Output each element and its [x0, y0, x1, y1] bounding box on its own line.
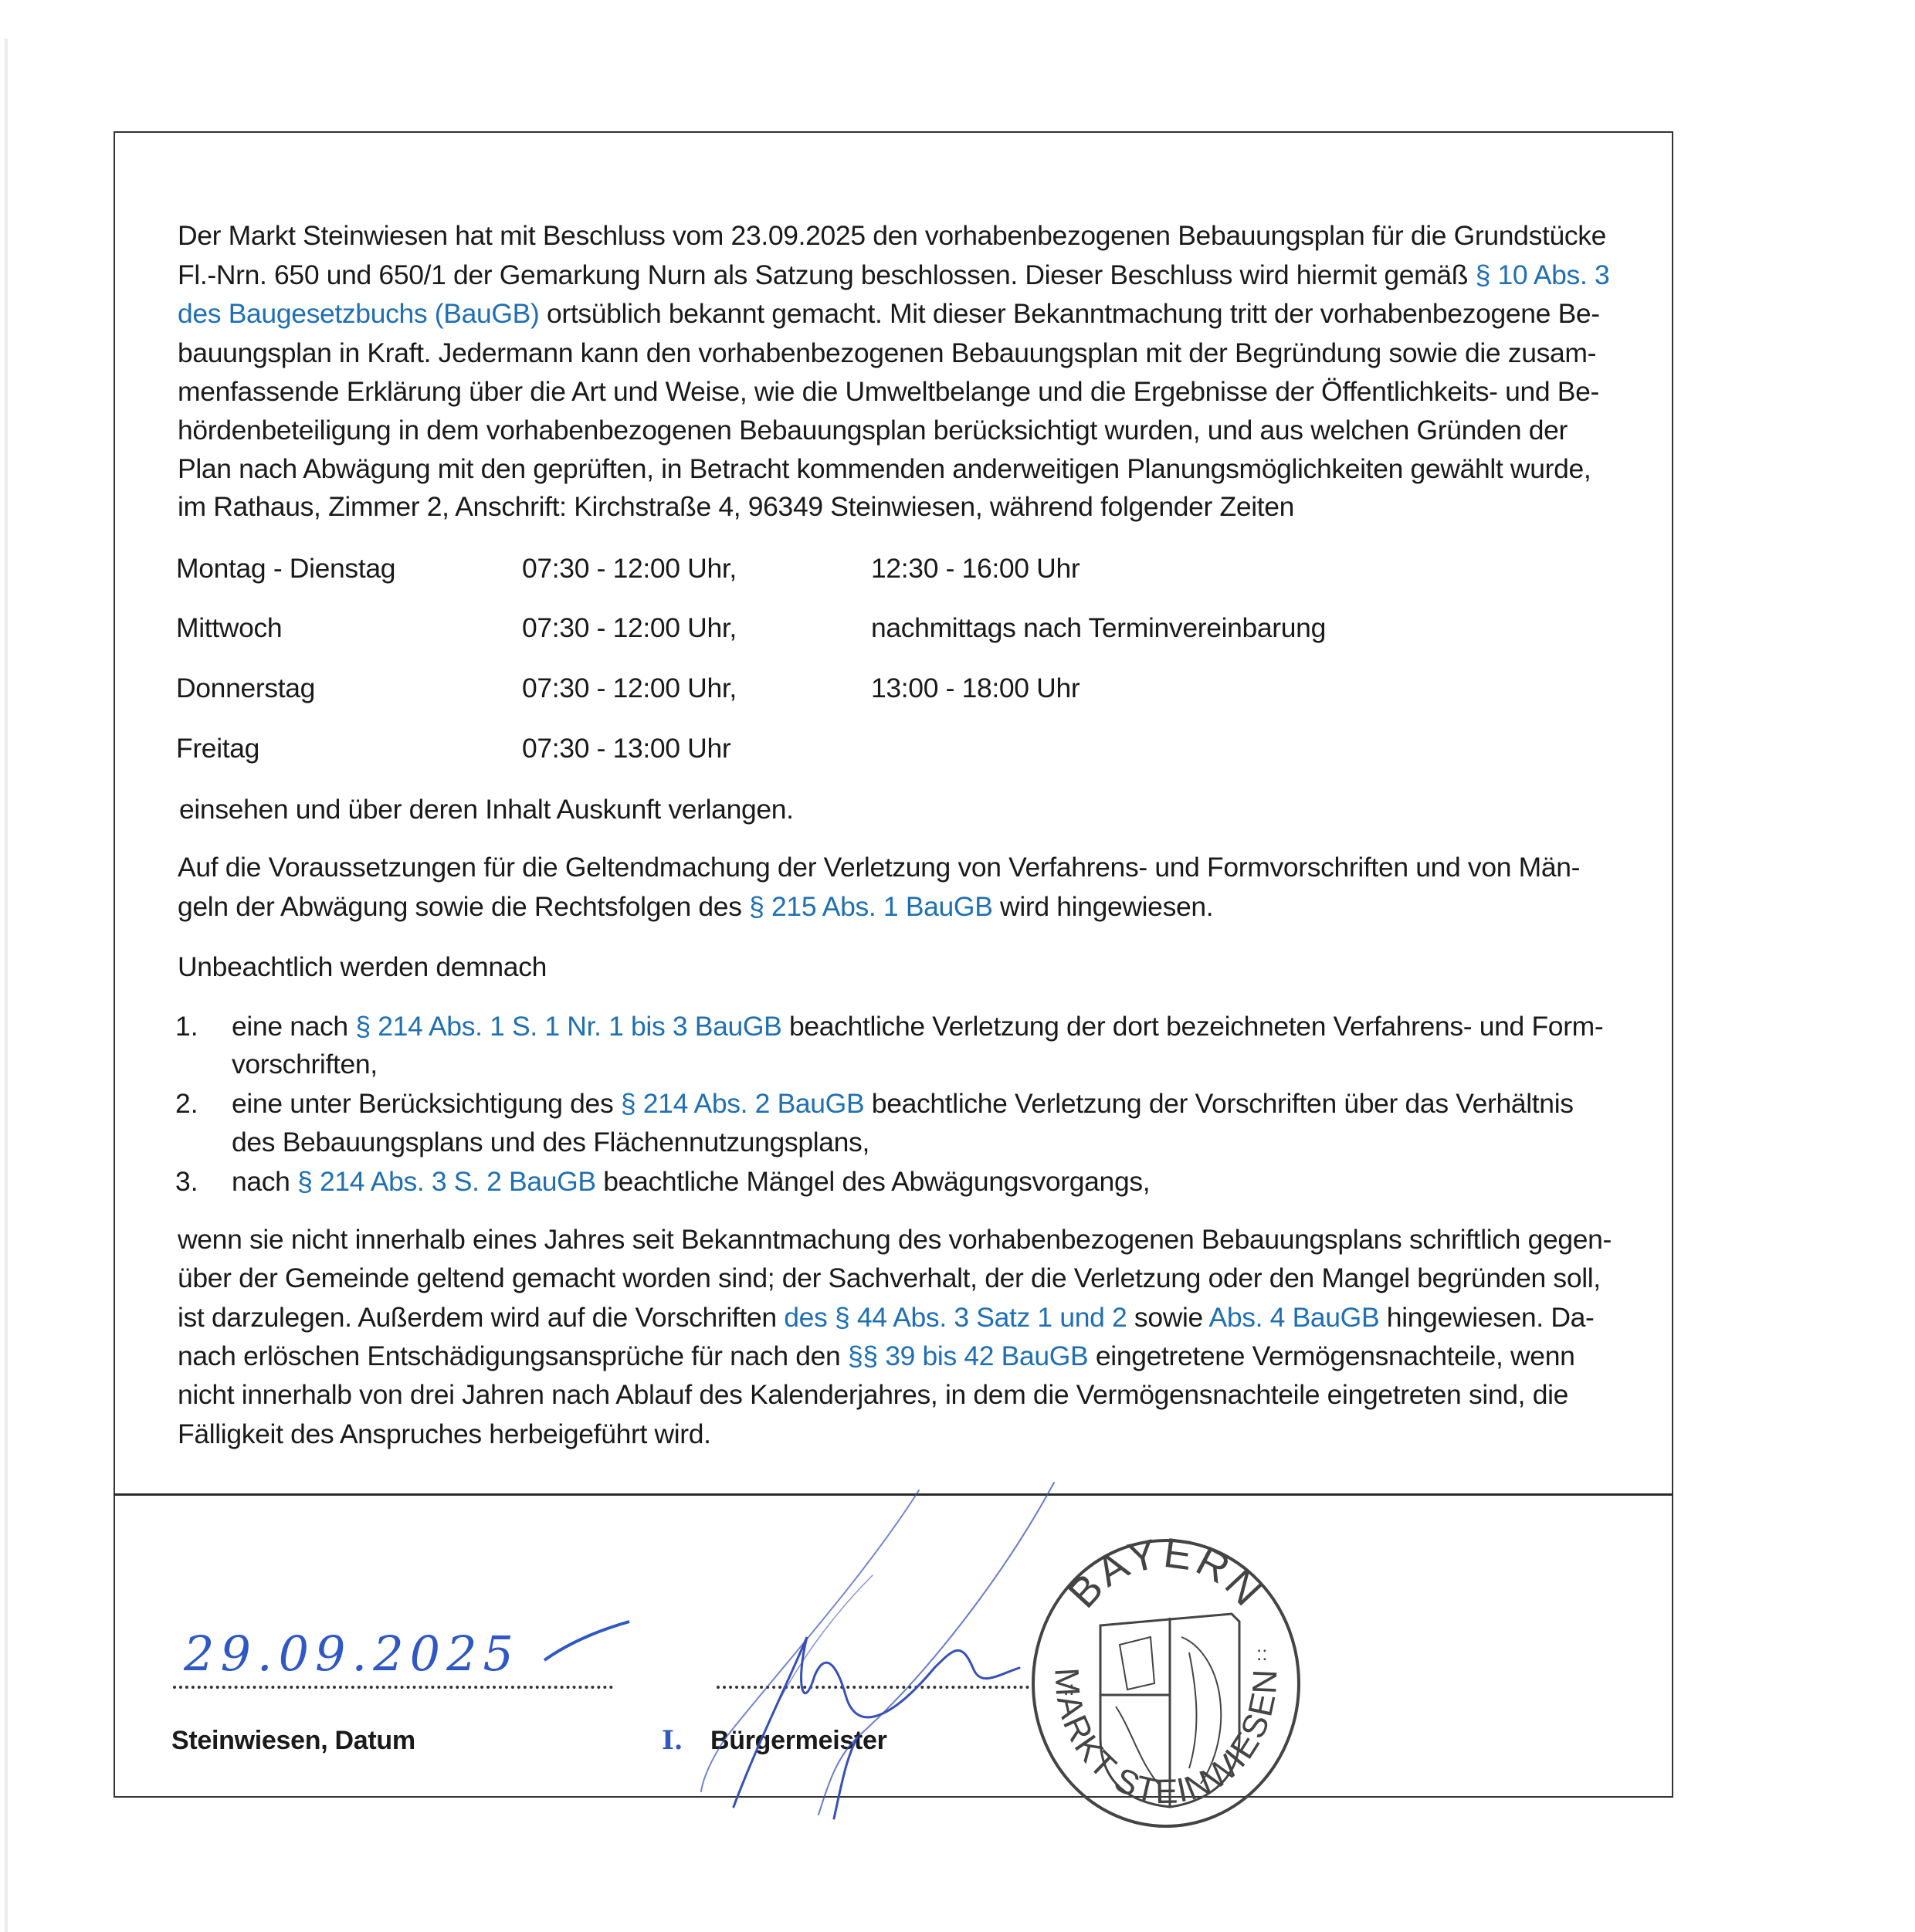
hours-morning: 07:30 - 12:00 Uhr, — [522, 673, 737, 703]
closing-line: Fälligkeit des Anspruches herbeigeführt … — [178, 1418, 711, 1449]
text-run: hördenbeteiligung in dem vorhabenbezogen… — [178, 415, 1568, 446]
law-reference-link[interactable]: § 10 Abs. 3 — [1476, 259, 1610, 290]
text-run: eingetretene Vermögensnachteile, wenn — [1088, 1341, 1574, 1371]
text-run: wenn sie nicht innerhalb eines Jahres se… — [178, 1224, 1612, 1255]
text-run: nach erlöschen Entschädigungsansprüche f… — [178, 1341, 848, 1371]
text-run: im Rathaus, Zimmer 2, Anschrift: Kirchst… — [178, 491, 1294, 522]
text-run: Auf die Voraussetzungen für die Geltendm… — [178, 852, 1580, 883]
hours-afternoon: 13:00 - 18:00 Uhr — [871, 673, 1080, 703]
text-run: ist darzulegen. Außerdem wird auf die Vo… — [178, 1302, 784, 1333]
text-run: hingewiesen. Da- — [1379, 1302, 1594, 1333]
notice-line: Auf die Voraussetzungen für die Geltendm… — [178, 852, 1580, 883]
hours-morning: 07:30 - 12:00 Uhr, — [522, 553, 737, 584]
text-run: beachtliche Verletzung der Vorschriften … — [864, 1088, 1573, 1119]
law-reference-link[interactable]: des Baugesetzbuchs (BauGB) — [178, 298, 539, 329]
date-flourish — [541, 1618, 633, 1664]
text-run: wird hingewiesen. — [993, 891, 1214, 922]
text-run: Fl.-Nrn. 650 und 650/1 der Gemarkung Nur… — [178, 259, 1476, 290]
seal-top-text: BAYERN — [1059, 1530, 1273, 1617]
text-run: ortsüblich bekannt gemacht. Mit dieser B… — [539, 298, 1599, 329]
date-dotted-line — [173, 1686, 613, 1689]
hours-afternoon: 12:30 - 16:00 Uhr — [871, 553, 1080, 584]
text-run: Der Markt Steinwiesen hat mit Beschluss … — [178, 220, 1606, 251]
intro-line: Plan nach Abwägung mit den geprüften, in… — [178, 453, 1591, 484]
text-run: eine unter Berücksichtigung des — [232, 1088, 621, 1119]
list-item-line: eine unter Berücksichtigung des § 214 Ab… — [232, 1088, 1574, 1119]
text-run: beachtliche Mängel des Abwägungsvorgangs… — [596, 1166, 1151, 1197]
text-run: nicht innerhalb von drei Jahren nach Abl… — [178, 1379, 1568, 1410]
hours-morning: 07:30 - 12:00 Uhr, — [522, 612, 737, 643]
list-item-line: eine nach § 214 Abs. 1 S. 1 Nr. 1 bis 3 … — [232, 1011, 1603, 1042]
intro-line: im Rathaus, Zimmer 2, Anschrift: Kirchst… — [178, 491, 1294, 522]
hours-afternoon: nachmittags nach Terminvereinbarung — [871, 612, 1326, 643]
text-run: Plan nach Abwägung mit den geprüften, in… — [178, 453, 1591, 484]
text-run: vorschriften, — [232, 1049, 378, 1080]
law-reference-link[interactable]: § 214 Abs. 3 S. 2 BauGB — [297, 1166, 596, 1197]
intro-line: menfassende Erklärung über die Art und W… — [178, 376, 1599, 407]
closing-line: nicht innerhalb von drei Jahren nach Abl… — [178, 1379, 1568, 1410]
intro-line: hördenbeteiligung in dem vorhabenbezogen… — [178, 415, 1568, 446]
law-reference-link[interactable]: § 215 Abs. 1 BauGB — [749, 891, 992, 922]
seal-bottom-text: MARKT STEINWIESEN — [1047, 1667, 1284, 1812]
intro-line: Der Markt Steinwiesen hat mit Beschluss … — [178, 220, 1606, 251]
hours-day: Freitag — [176, 733, 259, 764]
notice-line: geln der Abwägung sowie die Rechtsfolgen… — [178, 891, 1213, 922]
hours-day: Montag - Dienstag — [176, 553, 395, 584]
text-run: geln der Abwägung sowie die Rechtsfolgen… — [178, 891, 749, 922]
svg-text:::: :: — [1063, 1676, 1074, 1700]
hours-day: Donnerstag — [176, 673, 315, 703]
text-run: sowie — [1127, 1302, 1208, 1333]
closing-line: nach erlöschen Entschädigungsansprüche f… — [178, 1341, 1574, 1371]
mayor-signature — [680, 1483, 1081, 1822]
text-run: des Bebauungsplans und des Flächennutzun… — [232, 1127, 869, 1158]
closing-line: wenn sie nicht innerhalb eines Jahres se… — [178, 1224, 1612, 1255]
law-reference-link[interactable]: des § 44 Abs. 3 Satz 1 und 2 — [784, 1302, 1127, 1333]
list-number: 3. — [175, 1166, 198, 1197]
closing-line: über der Gemeinde geltend gemacht worden… — [178, 1263, 1601, 1293]
list-item-line: vorschriften, — [232, 1049, 378, 1080]
after-hours-text: einsehen und über deren Inhalt Auskunft … — [179, 794, 794, 825]
scan-edge — [5, 39, 8, 1932]
list-number: 2. — [175, 1088, 198, 1119]
text-run: eine nach — [232, 1011, 355, 1042]
handwritten-date: 29.09.2025 — [184, 1625, 520, 1682]
intro-line: Fl.-Nrn. 650 und 650/1 der Gemarkung Nur… — [178, 259, 1609, 290]
hours-morning: 07:30 - 13:00 Uhr — [522, 733, 730, 764]
svg-text:::: :: — [1256, 1642, 1267, 1665]
list-intro: Unbeachtlich werden demnach — [178, 951, 547, 982]
text-run: nach — [232, 1166, 297, 1197]
law-reference-link[interactable]: § 214 Abs. 1 S. 1 Nr. 1 bis 3 BauGB — [355, 1011, 781, 1042]
list-number: 1. — [175, 1011, 198, 1042]
law-reference-link[interactable]: Abs. 4 BauGB — [1209, 1302, 1380, 1333]
list-item-line: nach § 214 Abs. 3 S. 2 BauGB beachtliche… — [232, 1166, 1150, 1197]
svg-text:BAYERN: BAYERN — [1059, 1530, 1273, 1617]
list-item-line: des Bebauungsplans und des Flächennutzun… — [232, 1127, 869, 1158]
text-run: menfassende Erklärung über die Art und W… — [178, 376, 1599, 407]
law-reference-link[interactable]: § 214 Abs. 2 BauGB — [621, 1088, 864, 1119]
text-run: bauungsplan in Kraft. Jedermann kann den… — [178, 337, 1596, 368]
text-run: Fälligkeit des Anspruches herbeigeführt … — [178, 1418, 711, 1449]
intro-line: bauungsplan in Kraft. Jedermann kann den… — [178, 337, 1596, 368]
intro-line: des Baugesetzbuchs (BauGB) ortsüblich be… — [178, 298, 1600, 329]
date-caption: Steinwiesen, Datum — [171, 1725, 415, 1756]
law-reference-link[interactable]: §§ 39 bis 42 BauGB — [848, 1341, 1088, 1371]
text-run: über der Gemeinde geltend gemacht worden… — [178, 1263, 1601, 1293]
svg-text:MARKT STEINWIESEN: MARKT STEINWIESEN — [1047, 1667, 1284, 1812]
text-run: beachtliche Verletzung der dort bezeichn… — [781, 1011, 1603, 1042]
hours-day: Mittwoch — [176, 612, 282, 643]
municipal-seal: BAYERN MARKT STEINWIESEN :: :: — [1023, 1537, 1309, 1830]
closing-line: ist darzulegen. Außerdem wird auf die Vo… — [178, 1302, 1595, 1333]
